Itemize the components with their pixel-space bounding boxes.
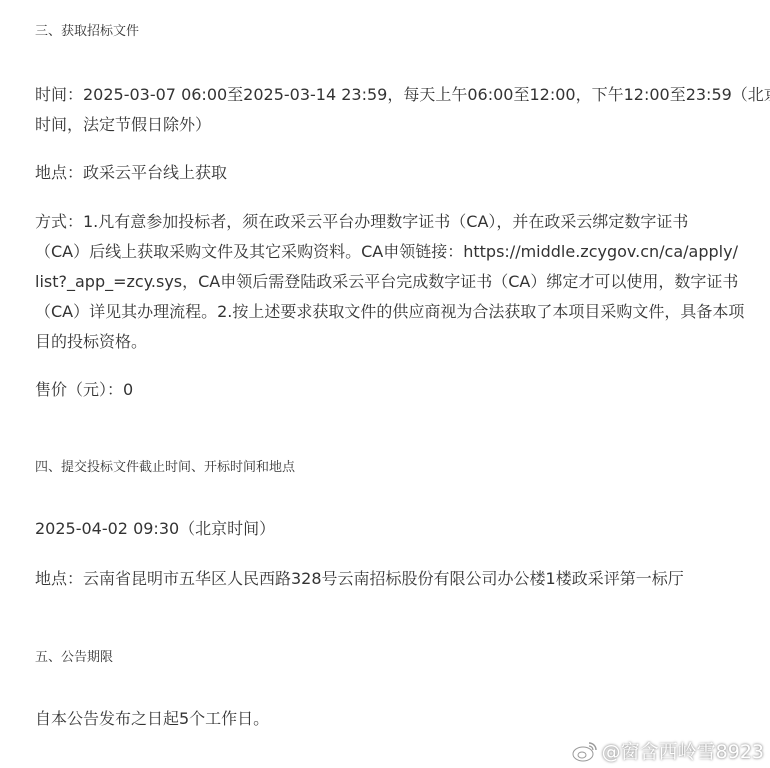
text-line: 时间，法定节假日除外） bbox=[35, 110, 753, 140]
text-line: 方式：1.凡有意参加投标者，须在政采云平台办理数字证书（CA），并在政采云绑定数… bbox=[35, 207, 753, 237]
notice-period-paragraph: 自本公告发布之日起5个工作日。 bbox=[35, 704, 753, 734]
obtain-method-paragraph: 方式：1.凡有意参加投标者，须在政采云平台办理数字证书（CA），并在政采云绑定数… bbox=[35, 207, 753, 357]
text-line: 时间：2025-03-07 06:00至2025-03-14 23:59，每天上… bbox=[35, 80, 753, 110]
opening-location-paragraph: 地点：云南省昆明市五华区人民西路328号云南招标股份有限公司办公楼1楼政采评第一… bbox=[35, 564, 753, 594]
section-heading-submission-deadline: 四、提交投标文件截止时间、开标时间和地点 bbox=[35, 458, 295, 478]
section-heading-notice-period: 五、公告期限 bbox=[35, 648, 113, 668]
text-line: （CA）详见其办理流程。2.按上述要求获取文件的供应商视为合法获取了本项目采购文… bbox=[35, 297, 753, 327]
opening-location-text: 地点：云南省昆明市五华区人民西路328号云南招标股份有限公司办公楼1楼政采评第一… bbox=[35, 564, 753, 594]
text-line: 目的投标资格。 bbox=[35, 327, 753, 357]
obtain-location-paragraph: 地点：政采云平台线上获取 bbox=[35, 158, 753, 188]
ca-link-text-continued: list?_app_=zcy.sys，CA申领后需登陆政采云平台完成数字证书（C… bbox=[35, 267, 753, 297]
price-text: 售价（元）：0 bbox=[35, 375, 753, 405]
weibo-watermark: @窗含西岭雪8923 bbox=[572, 737, 764, 764]
deadline-text: 2025-04-02 09:30（北京时间） bbox=[35, 514, 753, 544]
ca-link-text: （CA）后线上获取采购文件及其它采购资料。CA申领链接：https://midd… bbox=[35, 237, 753, 267]
notice-period-text: 自本公告发布之日起5个工作日。 bbox=[35, 704, 753, 734]
weibo-icon bbox=[572, 740, 598, 762]
deadline-paragraph: 2025-04-02 09:30（北京时间） bbox=[35, 514, 753, 544]
watermark-text: @窗含西岭雪8923 bbox=[602, 737, 764, 764]
obtain-time-paragraph: 时间：2025-03-07 06:00至2025-03-14 23:59，每天上… bbox=[35, 80, 753, 140]
text-line: 地点：政采云平台线上获取 bbox=[35, 158, 753, 188]
price-paragraph: 售价（元）：0 bbox=[35, 375, 753, 405]
section-heading-obtain-documents: 三、获取招标文件 bbox=[35, 22, 139, 42]
